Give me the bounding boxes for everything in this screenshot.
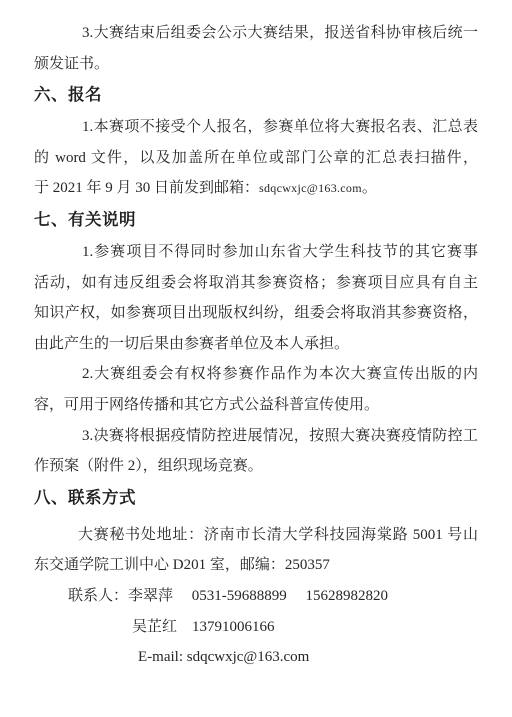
contact-person-1: 联系人：李翠萍 0531-59688899 15628982820 — [34, 581, 478, 612]
doc-line-01: 3.大赛结束后组委会公示大赛结果，报送省科协审核后统一 — [34, 18, 478, 49]
doc-line-10: 知识产权，如参赛项目出现版权纠纷，组委会将取消其参赛资格， — [34, 298, 478, 329]
submission-email: sdqcwxjc@163.com — [259, 181, 362, 195]
contact-person-2: 吴芷红 13791006166 — [132, 612, 478, 643]
heading-section-registration: 六、报名 — [34, 79, 478, 112]
doc-line-04: 1.本赛项不接受个人报名，参赛单位将大赛报名表、汇总表 — [34, 112, 478, 143]
heading-section-notes: 七、有关说明 — [34, 204, 478, 237]
doc-line-06: 于 2021 年 9 月 30 日前发到邮箱：sdqcwxjc@163.com。 — [34, 173, 478, 204]
doc-line-09: 活动，如有违反组委会将取消其参赛资格；参赛项目应具有自主 — [34, 268, 478, 299]
document-page: 3.大赛结束后组委会公示大赛结果，报送省科协审核后统一 颁发证书。 六、报名 1… — [0, 0, 512, 717]
secretariat-address-line-2: 东交通学院工训中心 D201 室，邮编：250357 — [34, 550, 478, 581]
contact-email: E-mail: sdqcwxjc@163.com — [138, 642, 478, 673]
doc-line-02: 颁发证书。 — [34, 49, 478, 80]
heading-section-contact: 八、联系方式 — [34, 482, 478, 515]
secretariat-address-line-1: 大赛秘书处地址：济南市长清大学科技园海棠路 5001 号山 — [34, 520, 478, 551]
doc-line-05: 的 word 文件，以及加盖所在单位或部门公章的汇总表扫描件， — [34, 143, 478, 174]
sentence-end: 。 — [362, 180, 377, 196]
doc-line-14: 3.决赛将根据疫情防控进展情况，按照大赛决赛疫情防控工 — [34, 421, 478, 452]
doc-line-15: 作预案（附件 2），组织现场竞赛。 — [34, 451, 478, 482]
doc-line-13: 容，可用于网络传播和其它方式公益科普宣传使用。 — [34, 390, 478, 421]
doc-line-11: 由此产生的一切后果由参赛者单位及本人承担。 — [34, 329, 478, 360]
deadline-text: 于 2021 年 9 月 30 日前发到邮箱： — [34, 180, 259, 196]
doc-line-12: 2.大赛组委会有权将参赛作品作为本次大赛宣传出版的内 — [34, 359, 478, 390]
doc-line-08: 1.参赛项目不得同时参加山东省大学生科技节的其它赛事 — [34, 237, 478, 268]
